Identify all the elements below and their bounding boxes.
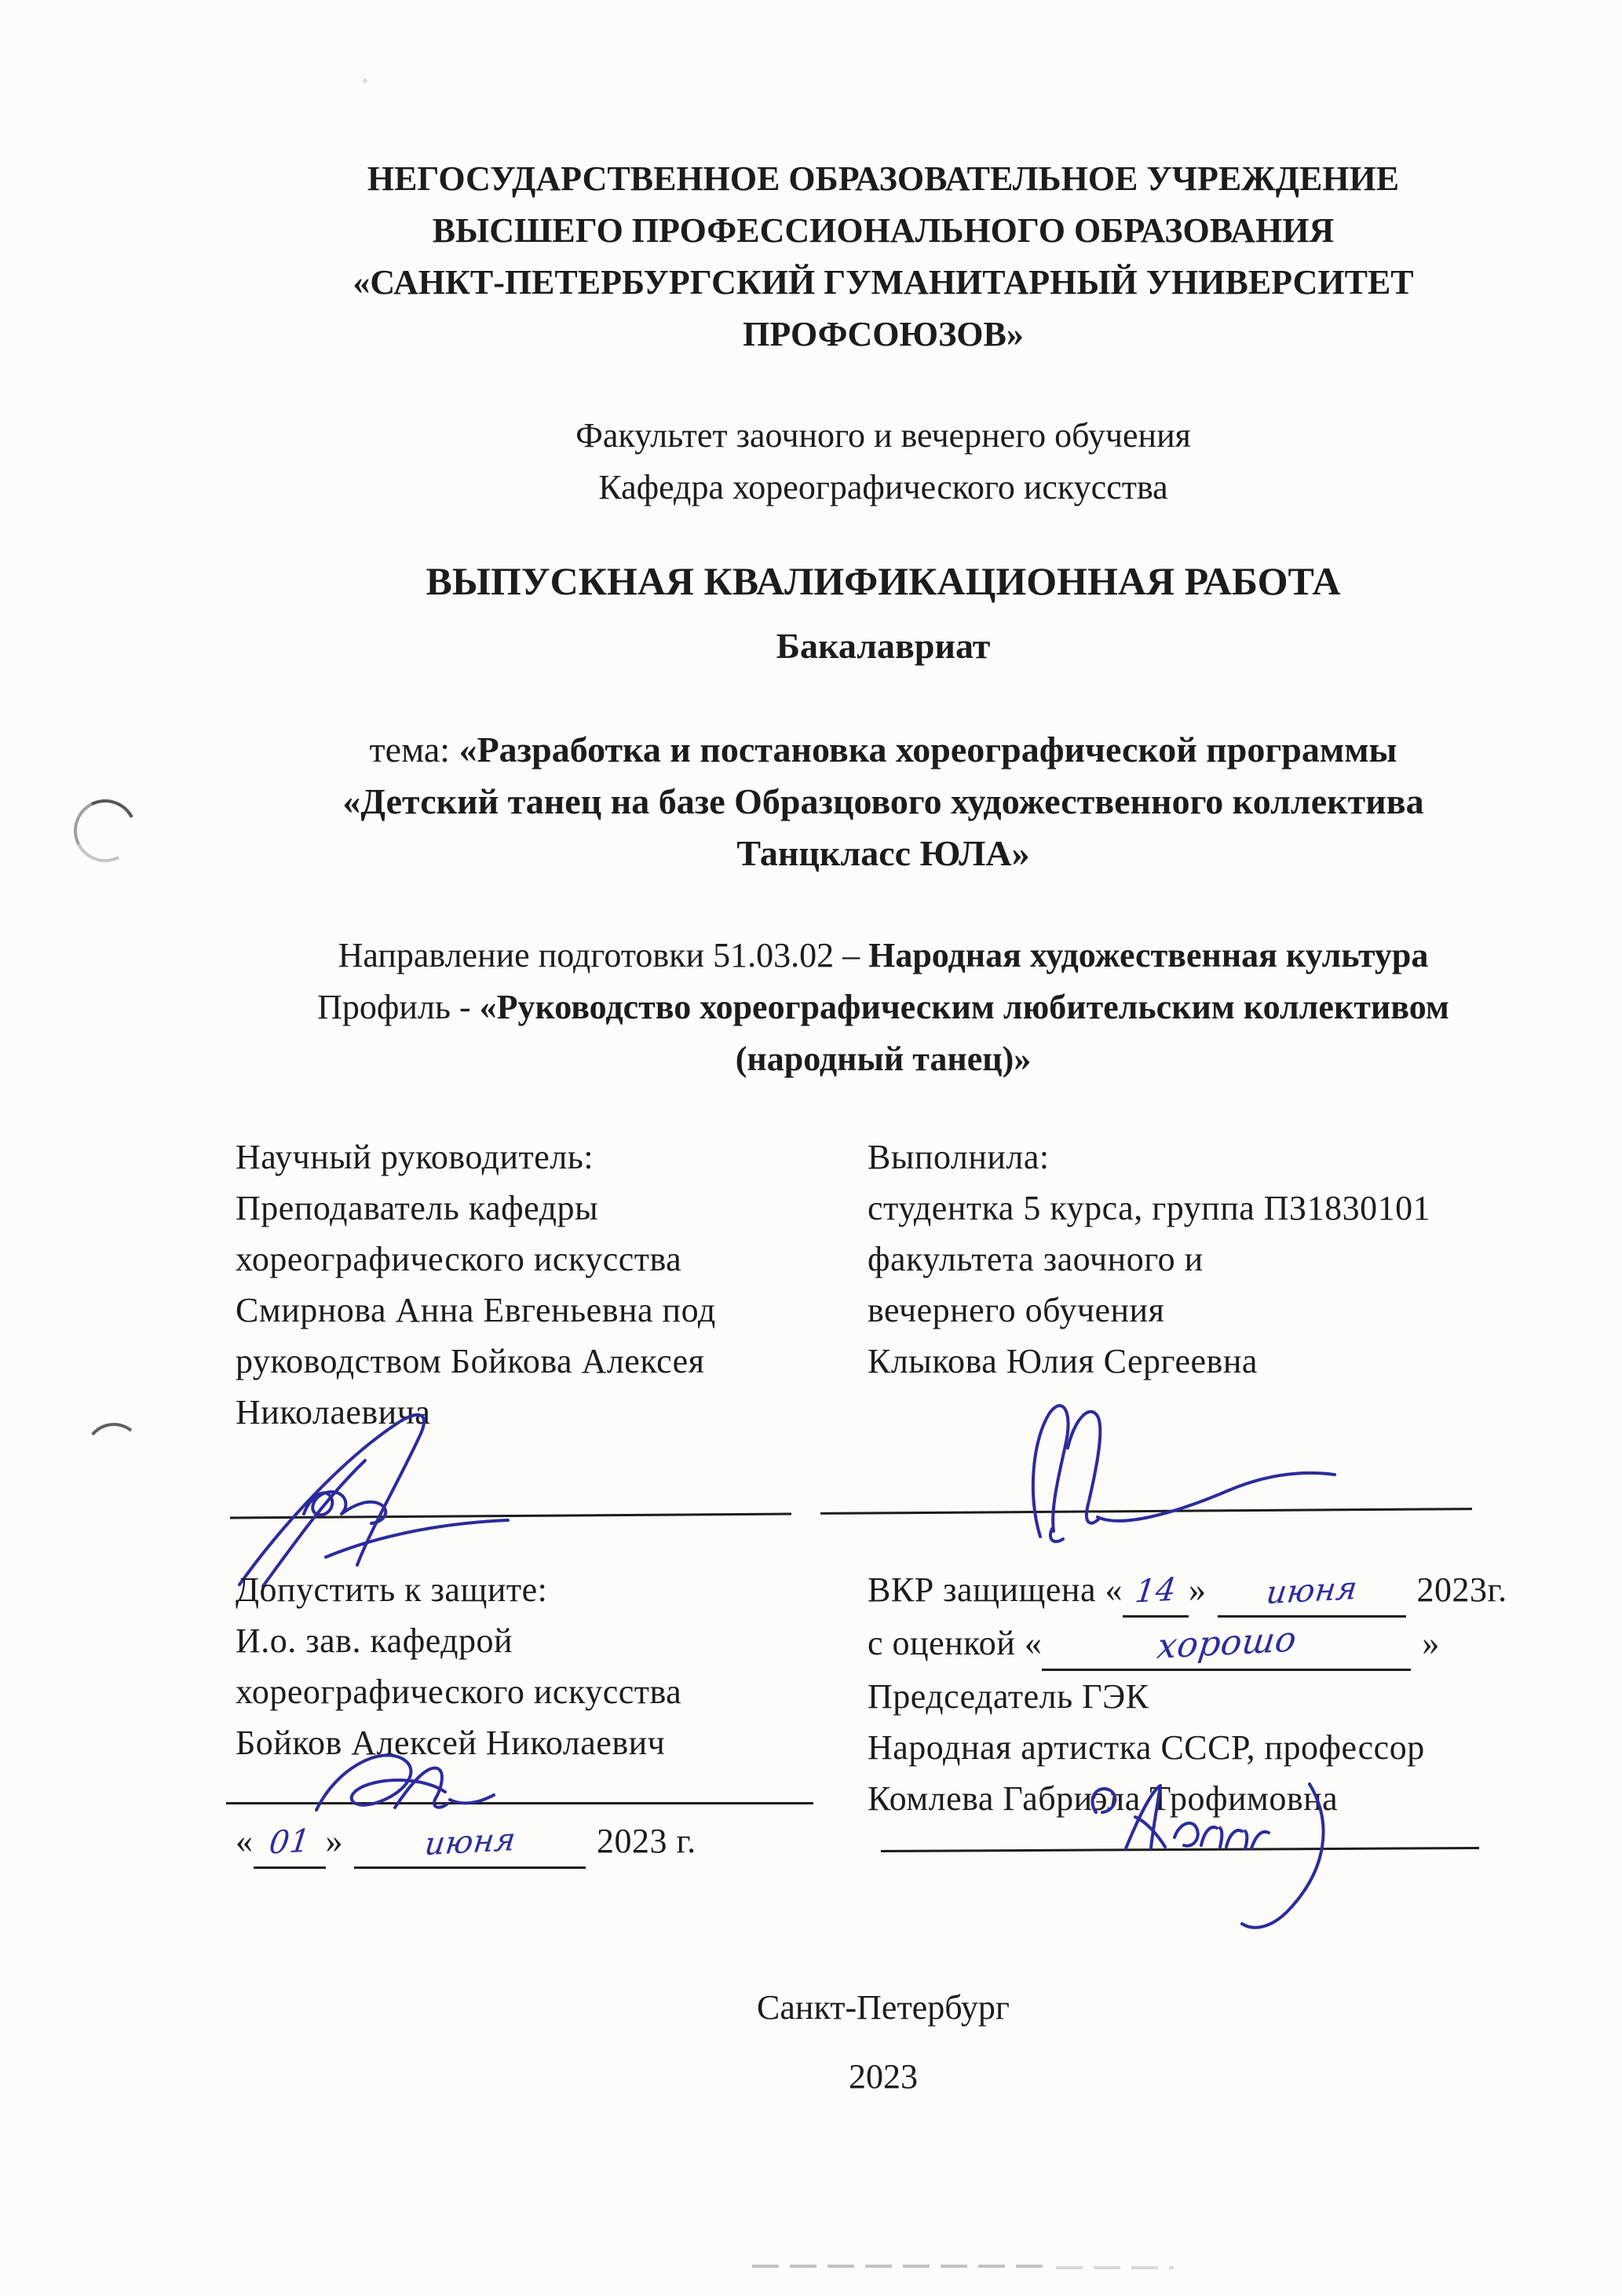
faculty-department: Факультет заочного и вечернего обучения … [149,410,1617,514]
author-line: вечернего обучения [868,1285,1430,1336]
punch-hole-mark [66,792,145,871]
chairman-label: Председатель ГЭК [868,1671,1507,1722]
theme-line3: Танцкласс ЮЛА» [149,828,1617,879]
scan-smudge [752,2265,1044,2268]
direction-prefix: Направление подготовки 51.03.02 – [338,936,869,974]
author-block: Выполнила: студентка 5 курса, группа ПЗ1… [868,1132,1430,1387]
university-name-line2: ВЫСШЕГО ПРОФЕССИОНАЛЬНОГО ОБРАЗОВАНИЯ [149,205,1617,257]
handwritten-day: 01 [264,1823,316,1862]
handwritten-grade: хорошо [1152,1621,1302,1668]
theme-line2: «Детский танец на базе Образцового худож… [149,776,1617,828]
defense-year: 2023г. [1417,1570,1507,1609]
supervisor-line: руководством Бойкова Алексея [236,1336,716,1387]
author-line: студентка 5 курса, группа ПЗ1830101 [868,1183,1430,1234]
grade-field: хорошо [1042,1618,1411,1671]
defense-date-row: ВКР защищена «14»июня2023г. [868,1564,1507,1618]
supervisor-line: Преподаватель кафедры [236,1183,716,1234]
university-name-line1: НЕГОСУДАРСТВЕННОЕ ОБРАЗОВАТЕЛЬНОЕ УЧРЕЖД… [149,153,1617,205]
grade-prefix: с оценкой « [868,1624,1042,1662]
quote-close: » [1422,1624,1440,1662]
signature-dept-head-ink [302,1743,569,1818]
chairman-title: Народная артистка СССР, профессор [868,1722,1507,1773]
author-line: факультета заочного и [868,1234,1430,1285]
footer-city: Санкт-Петербург [149,1982,1617,2034]
supervisor-line: Смирнова Анна Евгеньевна под [236,1285,716,1336]
handwritten-month: июня [419,1823,521,1864]
profile-bold: «Руководство хореографическим любительск… [480,988,1449,1026]
work-type-title: ВЫПУСКНАЯ КВАЛИФИКАЦИОННАЯ РАБОТА [149,554,1617,609]
theme-line1: тема: «Разработка и постановка хореограф… [149,724,1617,776]
defense-grade-row: с оценкой «хорошо» [868,1618,1507,1671]
author-line: Клыкова Юлия Сергеевна [868,1336,1430,1387]
profile-line: Профиль - «Руководство хореографическим … [149,982,1617,1033]
admission-line1: Допустить к защите: [236,1564,681,1615]
defense-day-field: 14 [1123,1564,1189,1618]
supervisor-line: хореографического искусства [236,1234,716,1285]
university-name: НЕГОСУДАРСТВЕННОЕ ОБРАЗОВАТЕЛЬНОЕ УЧРЕЖД… [149,153,1617,360]
quote-close: » [1189,1570,1207,1609]
defense-month-field: июня [1218,1564,1406,1618]
handwritten-month: июня [1261,1571,1362,1613]
scanned-title-page: НЕГОСУДАРСТВЕННОЕ ОБРАЗОВАТЕЛЬНОЕ УЧРЕЖД… [0,0,1622,2296]
signature-chairman-ink [1074,1776,1380,1929]
profile-prefix: Профиль - [317,988,480,1026]
supervisor-label: Научный руководитель: [236,1132,716,1183]
supervisor-block: Научный руководитель: Преподаватель кафе… [236,1132,716,1438]
theme-block: тема: «Разработка и постановка хореограф… [149,724,1617,879]
defense-prefix: ВКР защищена « [868,1570,1123,1609]
scan-smudge [1056,2266,1174,2269]
footer-year: 2023 [149,2051,1617,2103]
university-name-line3: «САНКТ-ПЕТЕРБУРГСКИЙ ГУМАНИТАРНЫЙ УНИВЕР… [149,257,1617,309]
admission-day-field: 01 [254,1815,326,1869]
quote-close: » [326,1822,344,1860]
signature-author-ink [997,1399,1343,1545]
author-label: Выполнила: [868,1132,1430,1183]
admission-block: Допустить к защите: И.о. зав. кафедрой х… [236,1564,681,1768]
degree-title: Бакалавриат [149,620,1617,672]
university-name-line4: ПРОФСОЮЗОВ» [149,309,1617,360]
scan-speck [363,79,367,83]
admission-line2: И.о. зав. кафедрой [236,1615,681,1666]
handwritten-day: 14 [1130,1572,1182,1610]
profile-line3: (народный танец)» [149,1033,1617,1085]
theme-prefix: тема: [370,729,459,770]
department-line: Кафедра хореографического искусства [149,462,1617,514]
admission-date-row: «01»июня2023 г. [236,1815,696,1869]
direction-bold: Народная художественная культура [868,936,1428,974]
admission-month-field: июня [354,1815,586,1869]
theme-text1: «Разработка и постановка хореографическо… [459,729,1397,770]
punch-hole-mark [82,1420,145,1483]
quote-open: « [236,1822,254,1860]
admission-line3: хореографического искусства [236,1666,681,1717]
direction-line: Направление подготовки 51.03.02 – Народн… [149,930,1617,982]
faculty-line: Факультет заочного и вечернего обучения [149,410,1617,462]
admission-year: 2023 г. [597,1822,696,1860]
direction-block: Направление подготовки 51.03.02 – Народн… [149,930,1617,1085]
signature-supervisor-ink [232,1404,514,1589]
